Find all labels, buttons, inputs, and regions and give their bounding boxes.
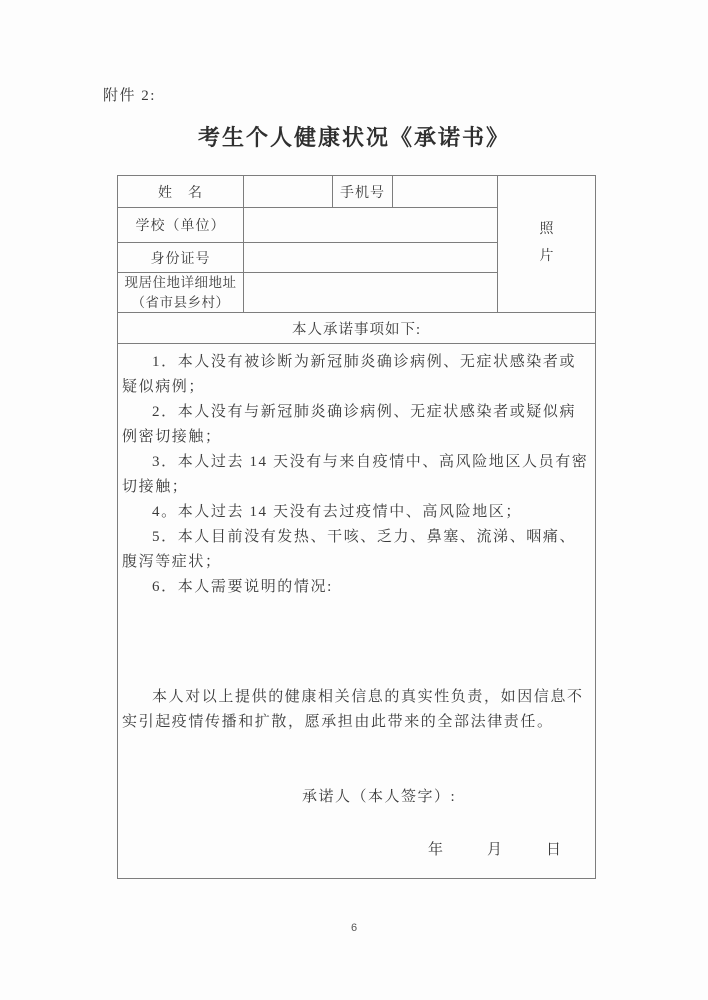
school-value-cell (244, 208, 498, 243)
date-month-label: 月 (487, 838, 502, 863)
table-row: 本人承诺事项如下: (118, 313, 596, 344)
commitment-form-table: 姓 名 手机号 照片 学校（单位） 身份证号 现居住地详细地址（省市县乡村） (117, 175, 596, 879)
address-value-cell (244, 273, 498, 313)
commitment-body-cell: 1．本人没有被诊断为新冠肺炎确诊病例、无症状感染者或疑似病例； 2．本人没有与新… (118, 344, 596, 879)
declaration-paragraph: 本人对以上提供的健康相关信息的真实性负责，如因信息不实引起疫情传播和扩散，愿承担… (122, 685, 591, 735)
attachment-label: 附件 2: (103, 84, 156, 105)
page-title: 考生个人健康状况《承诺书》 (0, 121, 708, 152)
document-page: 附件 2: 考生个人健康状况《承诺书》 姓 名 手机号 照片 学校（单位） (0, 0, 708, 1000)
name-label: 姓 名 (118, 176, 244, 208)
phone-value-cell (393, 176, 498, 208)
signature-label: 承诺人（本人签字）: (302, 785, 591, 810)
id-value-cell (244, 243, 498, 273)
phone-label: 手机号 (333, 176, 393, 208)
date-line: 年 月 日 (122, 838, 591, 863)
table-row: 姓 名 手机号 照片 (118, 176, 596, 208)
commitment-item-5: 5．本人目前没有发热、干咳、乏力、鼻塞、流涕、咽痛、腹泻等症状； (122, 525, 591, 575)
address-label: 现居住地详细地址（省市县乡村） (118, 273, 244, 313)
date-year-label: 年 (428, 838, 443, 863)
commitment-item-3: 3．本人过去 14 天没有与来自疫情中、高风险地区人员有密切接触； (122, 450, 591, 500)
commitment-item-2: 2．本人没有与新冠肺炎确诊病例、无症状感染者或疑似病例密切接触； (122, 400, 591, 450)
date-day-label: 日 (546, 838, 561, 863)
table-row: 1．本人没有被诊断为新冠肺炎确诊病例、无症状感染者或疑似病例； 2．本人没有与新… (118, 344, 596, 879)
id-label: 身份证号 (118, 243, 244, 273)
commitment-item-6: 6．本人需要说明的情况: (122, 575, 591, 600)
commitment-items-list: 1．本人没有被诊断为新冠肺炎确诊病例、无症状感染者或疑似病例； 2．本人没有与新… (122, 350, 591, 600)
commitment-item-4: 4。本人过去 14 天没有去过疫情中、高风险地区； (122, 500, 591, 525)
school-label: 学校（单位） (118, 208, 244, 243)
photo-label: 照片 (539, 217, 554, 270)
commitment-header: 本人承诺事项如下: (118, 313, 596, 344)
commitment-item-1: 1．本人没有被诊断为新冠肺炎确诊病例、无症状感染者或疑似病例； (122, 350, 591, 400)
page-number: 6 (0, 922, 708, 934)
name-value-cell (244, 176, 333, 208)
photo-placeholder-cell: 照片 (498, 176, 596, 313)
